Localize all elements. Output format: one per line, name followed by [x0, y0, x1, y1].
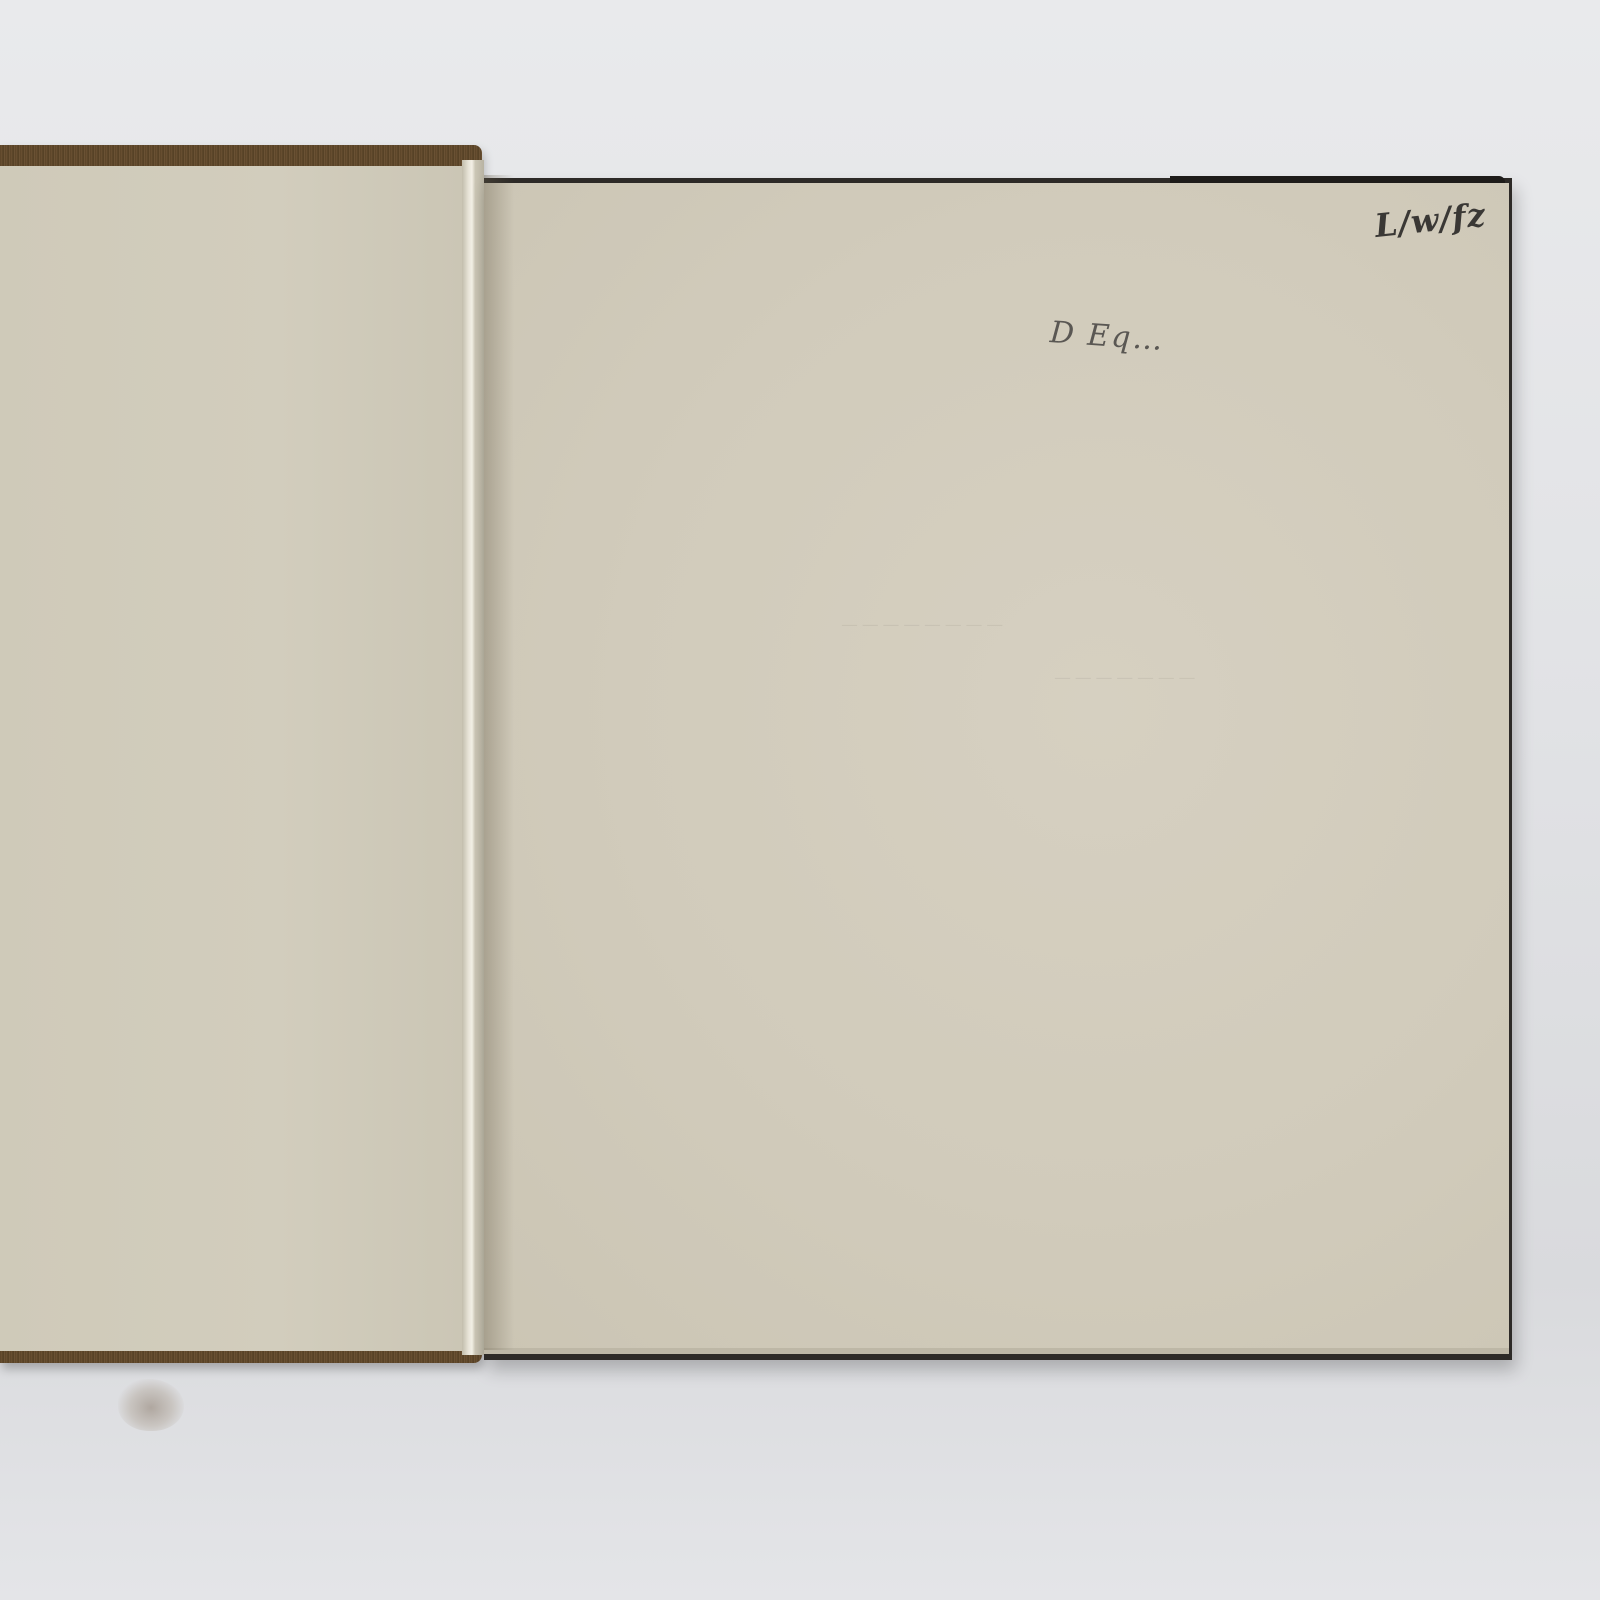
front-free-endpaper	[484, 183, 1509, 1350]
gutter-shadow	[484, 175, 514, 1350]
book-hinge	[462, 160, 484, 1355]
bleed-through-text-2: — — — — — — —	[1055, 670, 1196, 687]
page-bottom-edge	[484, 1348, 1509, 1354]
front-pastedown-page	[0, 166, 462, 1351]
foxing-stain	[118, 1379, 184, 1431]
bleed-through-text-1: — — — — — — — —	[842, 617, 1003, 634]
book-photo: L/w/fz D Eq… — — — — — — — — — — — — — —…	[0, 0, 1600, 1600]
